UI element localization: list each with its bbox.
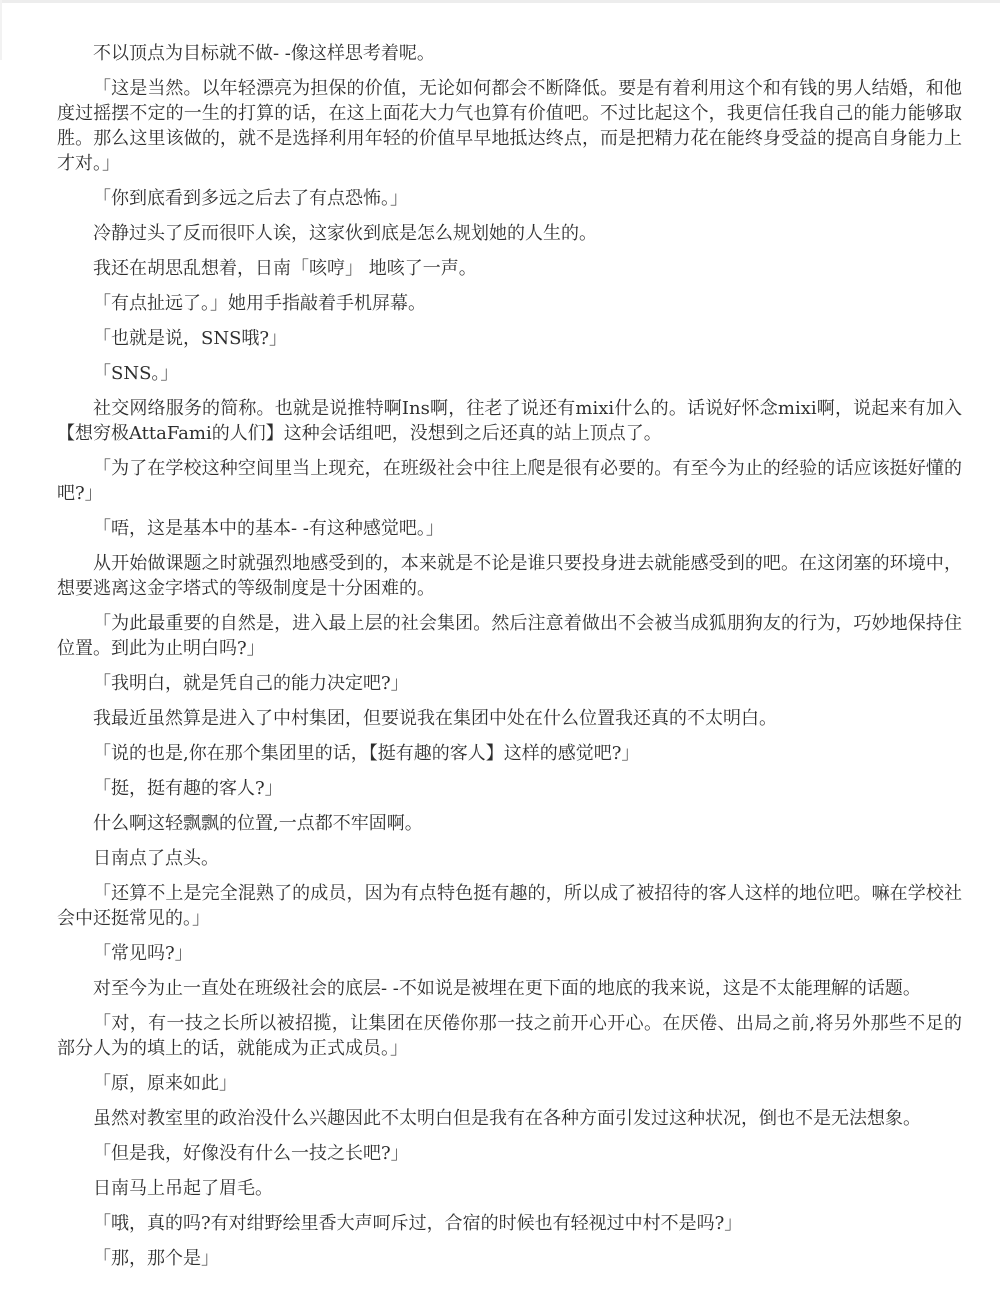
paragraph: 「SNS。」 (57, 361, 962, 386)
paragraph: 从开始做课题之时就强烈地感受到的，本来就是不论是谁只要投身进去就能感受到的吧。在… (57, 551, 962, 601)
paragraph: 「说的也是,你在那个集团里的话，【挺有趣的客人】这样的感觉吧?」 (57, 741, 962, 766)
paragraph: 我最近虽然算是进入了中村集团，但要说我在集团中处在什么位置我还真的不太明白。 (57, 706, 962, 731)
paragraph: 「但是我，好像没有什么一技之长吧?」 (57, 1141, 962, 1166)
paragraph: 「那，那个是」 (57, 1246, 962, 1271)
paragraph: 什么啊这轻飘飘的位置,一点都不牢固啊。 (57, 811, 962, 836)
paragraph: 「你到底看到多远之后去了有点恐怖。」 (57, 186, 962, 211)
paragraph: 社交网络服务的简称。也就是说推特啊Ins啊，往老了说还有mixi什么的。话说好怀… (57, 396, 962, 446)
paragraph: 「挺，挺有趣的客人?」 (57, 776, 962, 801)
paragraph: 「为此最重要的自然是，进入最上层的社会集团。然后注意着做出不会被当成狐朋狗友的行… (57, 611, 962, 661)
paragraph: 不以顶点为目标就不做- -像这样思考着呢。 (57, 41, 962, 66)
paragraph: 对至今为止一直处在班级社会的底层- -不如说是被埋在更下面的地底的我来说，这是不… (57, 976, 962, 1001)
paragraph: 「常见吗?」 (57, 941, 962, 966)
paragraph: 「还算不上是完全混熟了的成员，因为有点特色挺有趣的，所以成了被招待的客人这样的地… (57, 881, 962, 931)
text-block: 不以顶点为目标就不做- -像这样思考着呢。「这是当然。以年轻漂亮为担保的价值，无… (0, 0, 1000, 1271)
paragraph: 「我明白，就是凭自己的能力决定吧?」 (57, 671, 962, 696)
paragraph: 「为了在学校这种空间里当上现充，在班级社会中往上爬是很有必要的。有至今为止的经验… (57, 456, 962, 506)
paragraph: 日南马上吊起了眉毛。 (57, 1176, 962, 1201)
paragraph: 日南点了点头。 (57, 846, 962, 871)
paragraph: 「这是当然。以年轻漂亮为担保的价值，无论如何都会不断降低。要是有着利用这个和有钱… (57, 76, 962, 176)
paragraph: 「也就是说，SNS哦?」 (57, 326, 962, 351)
page-top-edge (0, 0, 1000, 3)
paragraph: 我还在胡思乱想着，日南「咳哼」 地咳了一声。 (57, 256, 962, 281)
paragraph: 虽然对教室里的政治没什么兴趣因此不太明白但是我有在各种方面引发过这种状况，倒也不… (57, 1106, 962, 1131)
novel-page: 不以顶点为目标就不做- -像这样思考着呢。「这是当然。以年轻漂亮为担保的价值，无… (0, 0, 1000, 1294)
paragraph: 「有点扯远了。」她用手指敲着手机屏幕。 (57, 291, 962, 316)
paragraph: 「哦，真的吗?有对绀野绘里香大声呵斥过，合宿的时候也有轻视过中村不是吗?」 (57, 1211, 962, 1236)
paragraph: 「原，原来如此」 (57, 1071, 962, 1096)
paragraph: 冷静过头了反而很吓人诶，这家伙到底是怎么规划她的人生的。 (57, 221, 962, 246)
paragraph: 「唔，这是基本中的基本- -有这种感觉吧。」 (57, 516, 962, 541)
page-left-edge (0, 0, 2, 60)
paragraph: 「对，有一技之长所以被招揽，让集团在厌倦你那一技之前开心开心。在厌倦、出局之前,… (57, 1011, 962, 1061)
